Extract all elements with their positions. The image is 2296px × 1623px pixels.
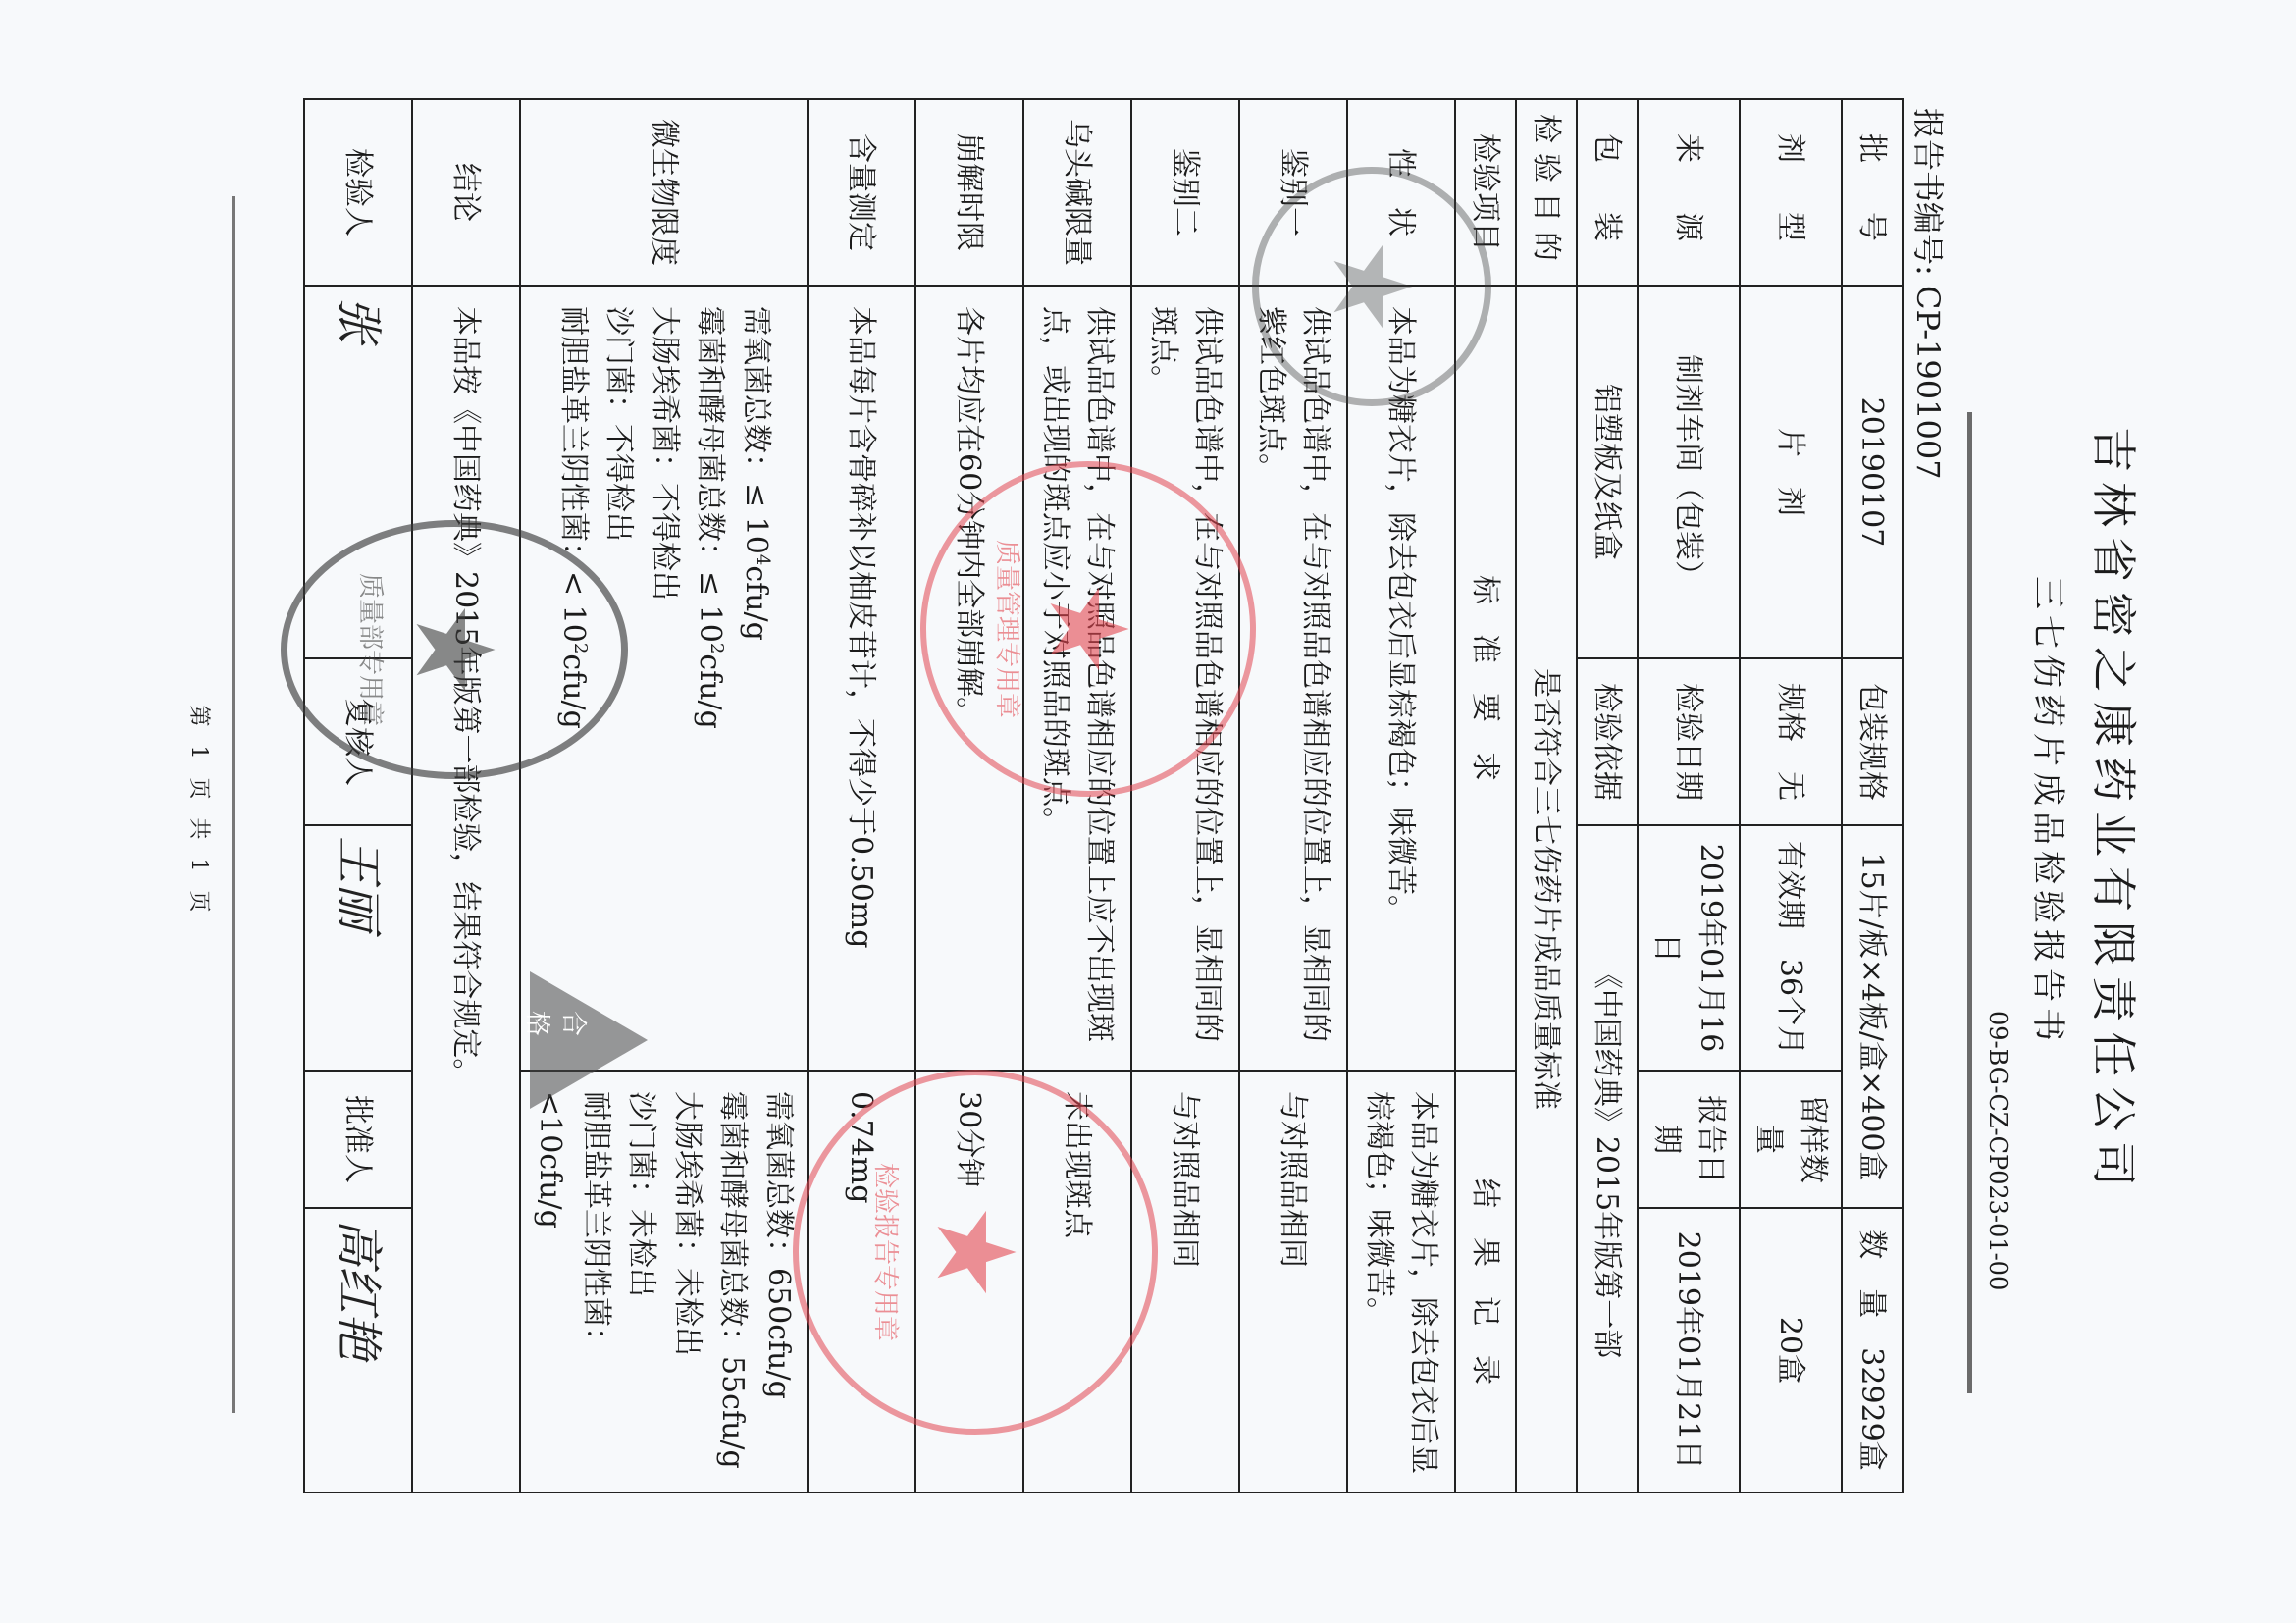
item-name: 鉴别二: [1131, 99, 1239, 286]
label-spec: 规格: [1774, 683, 1808, 742]
approver-signature: 高红艳: [304, 1208, 412, 1492]
reviewer-label: 复核人: [304, 658, 412, 825]
inspector-label: 检验人: [304, 99, 412, 286]
reviewer-signature: 王丽: [304, 825, 412, 1071]
value-spec: 无: [1774, 771, 1808, 801]
microbial-requirement-line: 大肠埃希菌：不得检出: [641, 306, 687, 1060]
company-name: 吉林省密之康药业有限责任公司: [2084, 0, 2149, 1623]
table-row: 鉴别二供试品色谱中，在与对照品色谱相应的位置上，显相同的斑点。与对照品相同: [1131, 99, 1239, 1492]
pass-mark: 合格: [530, 971, 648, 1109]
microbial-requirement-line: 耐胆盐革兰阴性菌：< 102cfu/g: [549, 306, 596, 1060]
item-name: 乌头碱限量: [1023, 99, 1131, 286]
microbial-result-line: 耐胆盐革兰阴性菌：<10cfu/g: [527, 1091, 618, 1482]
items-body: 性 状本品为糖衣片，除去包衣后显棕褐色；味微苦。本品为糖衣片，除去包衣后显棕褐色…: [808, 99, 1455, 1492]
item-requirement: 本品为糖衣片，除去包衣后显棕褐色；味微苦。: [1347, 286, 1455, 1071]
approver-label: 批准人: [304, 1071, 412, 1208]
label-purpose: 检验目的: [1516, 99, 1577, 286]
item-result: 30分钟: [915, 1071, 1023, 1492]
value-report-date: 2019年01月21日: [1638, 1208, 1740, 1492]
label-test-date: 检验日期: [1638, 658, 1740, 825]
label-batch: 批 号: [1842, 99, 1903, 286]
row-conclusion: 结论 本品按《中国药典》2015年版第一部检验，结果符合规定。: [412, 99, 520, 1492]
microbial-requirement-line: 沙门菌：不得检出: [596, 306, 642, 1060]
item-result: 与对照品相同: [1131, 1071, 1239, 1492]
table-row: 性 状本品为糖衣片，除去包衣后显棕褐色；味微苦。本品为糖衣片，除去包衣后显棕褐色…: [1347, 99, 1455, 1492]
item-requirement: 各片均应在60分钟内全部崩解。: [915, 286, 1023, 1071]
item-name: 性 状: [1347, 99, 1455, 286]
item-requirement: 本品每片含骨碎补以柚皮苷计，不得少于0.50mg: [808, 286, 915, 1071]
label-qty: 数 量: [1855, 1230, 1890, 1318]
item-name: 鉴别一: [1239, 99, 1347, 286]
qty-cell: 数 量 32929盒: [1842, 1208, 1903, 1492]
microbial-result-line: 大肠埃希菌：未检出: [664, 1091, 710, 1482]
inspector-name: 张: [331, 296, 386, 343]
label-source: 来 源: [1638, 99, 1740, 286]
microbial-result-line: 霉菌和酵母菌总数：55cfu/g: [709, 1091, 756, 1482]
report-number-label: 报告书编号:: [1909, 108, 1947, 276]
value-pack-spec: 15片/板×4板/盒×400盒: [1842, 825, 1903, 1208]
item-name: 崩解时限: [915, 99, 1023, 286]
row-form: 剂 型 片 剂 规格 无 有效期 36个月 留样数量 20盒: [1740, 99, 1842, 1492]
pass-mark-text: 合格: [521, 1011, 594, 1040]
table-row: 含量测定本品每片含骨碎补以柚皮苷计，不得少于0.50mg0.74mg: [808, 99, 915, 1492]
inspection-table: 批 号 20190107 包装规格 15片/板×4板/盒×400盒 数 量 32…: [303, 98, 1904, 1493]
item-requirement: 供试品色谱中，在与对照品色谱相应的位置上应不出现斑点，或出现的斑点应小于对照品的…: [1023, 286, 1131, 1071]
row-batch: 批 号 20190107 包装规格 15片/板×4板/盒×400盒 数 量 32…: [1842, 99, 1903, 1492]
report-number-value: CP-1901007: [1909, 286, 1947, 480]
microbial-name: 微生物限度: [520, 99, 808, 286]
item-result: 0.74mg: [808, 1071, 915, 1492]
item-name: 含量测定: [808, 99, 915, 286]
microbial-result-line: 沙门菌：未检出: [618, 1091, 664, 1482]
value-purpose: 是否符合三七伤药片成品质量标准: [1516, 286, 1577, 1492]
label-retain: 留样数量: [1740, 1071, 1842, 1208]
item-requirement: 供试品色谱中，在与对照品色谱相应的位置上，显相同的斑点。: [1131, 286, 1239, 1071]
value-package: 铝塑板及纸盒: [1577, 286, 1638, 658]
conclusion-label: 结论: [412, 99, 520, 286]
value-basis: 《中国药典》2015年版第一部: [1577, 825, 1638, 1492]
footer-rule: [232, 196, 235, 1413]
label-report-date: 报告日期: [1638, 1071, 1740, 1208]
value-qty: 32929盒: [1855, 1347, 1890, 1470]
microbial-requirement-line: 需氧菌总数：≤ 104cfu/g: [732, 306, 778, 1060]
microbial-results: 需氧菌总数：650cfu/g霉菌和酵母菌总数：55cfu/g大肠埃希菌：未检出沙…: [520, 1071, 808, 1492]
label-pack-spec: 包装规格: [1842, 658, 1903, 825]
expiry-cell: 有效期 36个月: [1740, 825, 1842, 1071]
microbial-requirements: 需氧菌总数：≤ 104cfu/g霉菌和酵母菌总数：≤ 102cfu/g大肠埃希菌…: [520, 286, 808, 1071]
label-basis: 检验依据: [1577, 658, 1638, 825]
row-column-headers: 检验项目 标 准 要 求 结 果 记 录: [1455, 99, 1516, 1492]
reviewer-name: 王丽: [331, 836, 386, 930]
item-requirement: 供试品色谱中，在与对照品色谱相应的位置上，显相同的紫红色斑点。: [1239, 286, 1347, 1071]
value-batch: 20190107: [1842, 286, 1903, 658]
item-result: 未出现斑点: [1023, 1071, 1131, 1492]
label-expiry: 有效期: [1774, 841, 1808, 929]
value-test-date: 2019年01月16日: [1638, 825, 1740, 1071]
row-microbial: 微生物限度 需氧菌总数：≤ 104cfu/g霉菌和酵母菌总数：≤ 102cfu/…: [520, 99, 808, 1492]
col-item: 检验项目: [1455, 99, 1516, 286]
page-number: 第 1 页 共 1 页: [185, 0, 216, 1623]
row-source: 来 源 制剂车间（包装） 检验日期 2019年01月16日 报告日期 2019年…: [1638, 99, 1740, 1492]
label-package: 包 装: [1577, 99, 1638, 286]
item-result: 与对照品相同: [1239, 1071, 1347, 1492]
inspector-signature: 张: [304, 286, 412, 658]
approver-name: 高红艳: [331, 1219, 386, 1360]
value-retain: 20盒: [1740, 1208, 1842, 1492]
table-row: 崩解时限各片均应在60分钟内全部崩解。30分钟: [915, 99, 1023, 1492]
label-form: 剂 型: [1740, 99, 1842, 286]
table-row: 乌头碱限量供试品色谱中，在与对照品色谱相应的位置上应不出现斑点，或出现的斑点应小…: [1023, 99, 1131, 1492]
microbial-result-line: 需氧菌总数：650cfu/g: [756, 1091, 802, 1482]
row-purpose: 检验目的 是否符合三七伤药片成品质量标准: [1516, 99, 1577, 1492]
report-title: 三七伤药片成品检验报告书: [2027, 0, 2075, 1623]
value-form: 片 剂: [1740, 286, 1842, 658]
col-result: 结 果 记 录: [1455, 1071, 1516, 1492]
col-requirement: 标 准 要 求: [1455, 286, 1516, 1071]
value-expiry: 36个月: [1774, 959, 1808, 1055]
conclusion-text: 本品按《中国药典》2015年版第一部检验，结果符合规定。: [412, 286, 520, 1492]
row-signatures: 检验人 张 复核人 王丽 批准人 高红艳: [304, 99, 412, 1492]
form-code: 09-BG-CZ-CP023-01-00: [1984, 1011, 2011, 1290]
spec-cell: 规格 无: [1740, 658, 1842, 825]
row-package: 包 装 铝塑板及纸盒 检验依据 《中国药典》2015年版第一部: [1577, 99, 1638, 1492]
report-number: 报告书编号: CP-1901007: [1907, 108, 1953, 480]
report-sheet: 吉林省密之康药业有限责任公司 三七伤药片成品检验报告书 09-BG-CZ-CP0…: [0, 0, 2296, 1623]
microbial-requirement-line: 霉菌和酵母菌总数：≤ 102cfu/g: [687, 306, 733, 1060]
item-result: 本品为糖衣片，除去包衣后显棕褐色；味微苦。: [1347, 1071, 1455, 1492]
value-source: 制剂车间（包装）: [1638, 286, 1740, 658]
header-rule: [1967, 412, 1972, 1393]
table-row: 鉴别一供试品色谱中，在与对照品色谱相应的位置上，显相同的紫红色斑点。与对照品相同: [1239, 99, 1347, 1492]
